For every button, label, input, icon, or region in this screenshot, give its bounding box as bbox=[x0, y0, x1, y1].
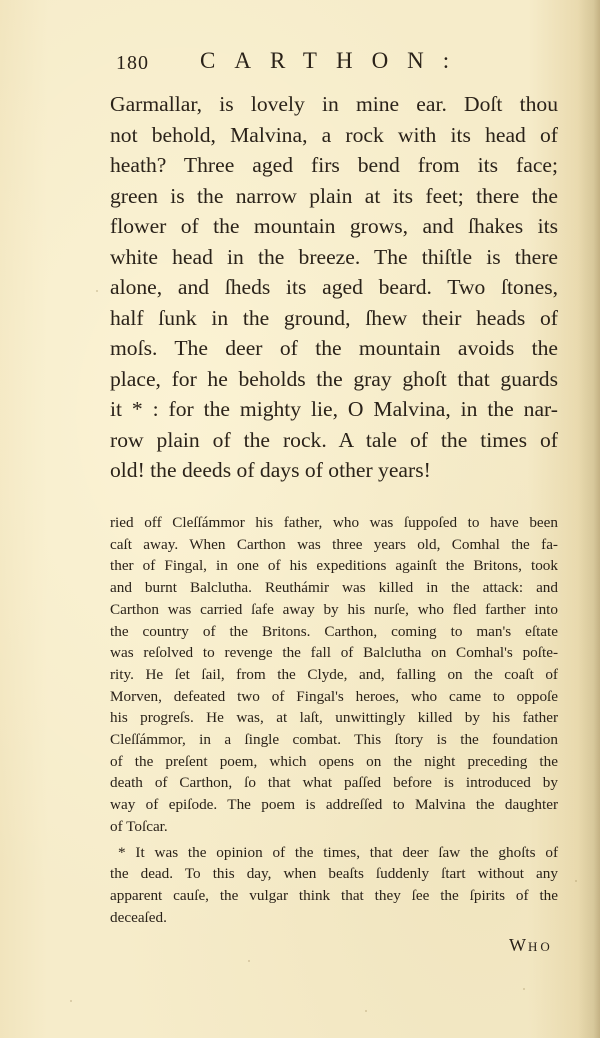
footnote-line: caſt away. When Carthon was three years … bbox=[110, 534, 558, 556]
paper-speck bbox=[575, 880, 577, 882]
footnote-line: Cleſſámmor, in a ſingle combat. This ſto… bbox=[110, 729, 558, 751]
footnote-line: * It was the opinion of the times, that … bbox=[110, 842, 558, 864]
footnote-line: rity. He ſet ſail, from the Clyde, and, … bbox=[110, 664, 558, 686]
running-head: 180 CARTHON: bbox=[116, 48, 466, 78]
footnote-line: and burnt Balclutha. Reuthámir was kille… bbox=[110, 577, 558, 599]
footnote-line: the dead. To this day, when beaſts ſudde… bbox=[110, 863, 558, 885]
poem-body-text: Garmallar, is lovely in mine ear. Doſt t… bbox=[110, 89, 558, 486]
body-line: green is the narrow plain at its feet; t… bbox=[110, 181, 558, 212]
body-line: heath? Three aged firs bend from its fac… bbox=[110, 150, 558, 181]
body-line: half ſunk in the ground, ſhew their head… bbox=[110, 303, 558, 334]
page-edge-shadow bbox=[578, 0, 600, 1038]
footnotes: ried off Cleſſámmor his father, who was … bbox=[110, 512, 558, 928]
footnote-line: his progreſs. He was, at laſt, unwitting… bbox=[110, 707, 558, 729]
body-line: not behold, Malvina, a rock with its hea… bbox=[110, 120, 558, 151]
body-line: flower of the mountain grows, and ſhakes… bbox=[110, 211, 558, 242]
paper-speck bbox=[523, 988, 525, 990]
footnote-line: Morven, defeated two of Fingal's heroes,… bbox=[110, 686, 558, 708]
body-line: Garmallar, is lovely in mine ear. Doſt t… bbox=[110, 89, 558, 120]
catchword-rest: HO bbox=[528, 939, 553, 954]
footnote-line: ther of Fingal, in one of his expedition… bbox=[110, 555, 558, 577]
footnote-asterisk: * It was the opinion of the times, that … bbox=[110, 842, 558, 929]
book-page: 180 CARTHON: Garmallar, is lovely in min… bbox=[0, 0, 600, 1038]
body-line: moſs. The deer of the mountain avoids th… bbox=[110, 333, 558, 364]
footnote-line: Carthon was carried ſafe away by his nur… bbox=[110, 599, 558, 621]
body-line: old! the deeds of days of other years! bbox=[110, 455, 558, 486]
footnote-line: was reſolved to revenge the fall of Balc… bbox=[110, 642, 558, 664]
footnote-line: death of Carthon, ſo that what paſſed be… bbox=[110, 772, 558, 794]
body-line: it * : for the mighty lie, O Malvina, in… bbox=[110, 394, 558, 425]
paper-speck bbox=[365, 1010, 367, 1012]
catchword: WHO bbox=[509, 935, 553, 956]
paper-speck bbox=[248, 960, 250, 962]
body-line: alone, and ſheds its aged beard. Two ſto… bbox=[110, 272, 558, 303]
footnote-continued: ried off Cleſſámmor his father, who was … bbox=[110, 512, 558, 838]
body-line: place, for he beholds the gray ghoſt tha… bbox=[110, 364, 558, 395]
paper-speck bbox=[96, 290, 98, 292]
footnote-line: of Toſcar. bbox=[110, 816, 558, 838]
footnote-line: of the preſent poem, which opens on the … bbox=[110, 751, 558, 773]
footnote-line: apparent cauſe, the vulgar think that th… bbox=[110, 885, 558, 907]
footnote-line: deceaſed. bbox=[110, 907, 558, 929]
running-title: CARTHON: bbox=[200, 48, 468, 74]
footnote-line: the country of the Britons. Carthon, com… bbox=[110, 621, 558, 643]
page-number: 180 bbox=[116, 52, 149, 75]
body-line: row plain of the rock. A tale of the tim… bbox=[110, 425, 558, 456]
footnote-line: ried off Cleſſámmor his father, who was … bbox=[110, 512, 558, 534]
body-line: white head in the breeze. The thiſtle is… bbox=[110, 242, 558, 273]
footnote-line: way of epiſode. The poem is addreſſed to… bbox=[110, 794, 558, 816]
catchword-initial: W bbox=[509, 935, 528, 955]
paper-speck bbox=[70, 1000, 72, 1002]
